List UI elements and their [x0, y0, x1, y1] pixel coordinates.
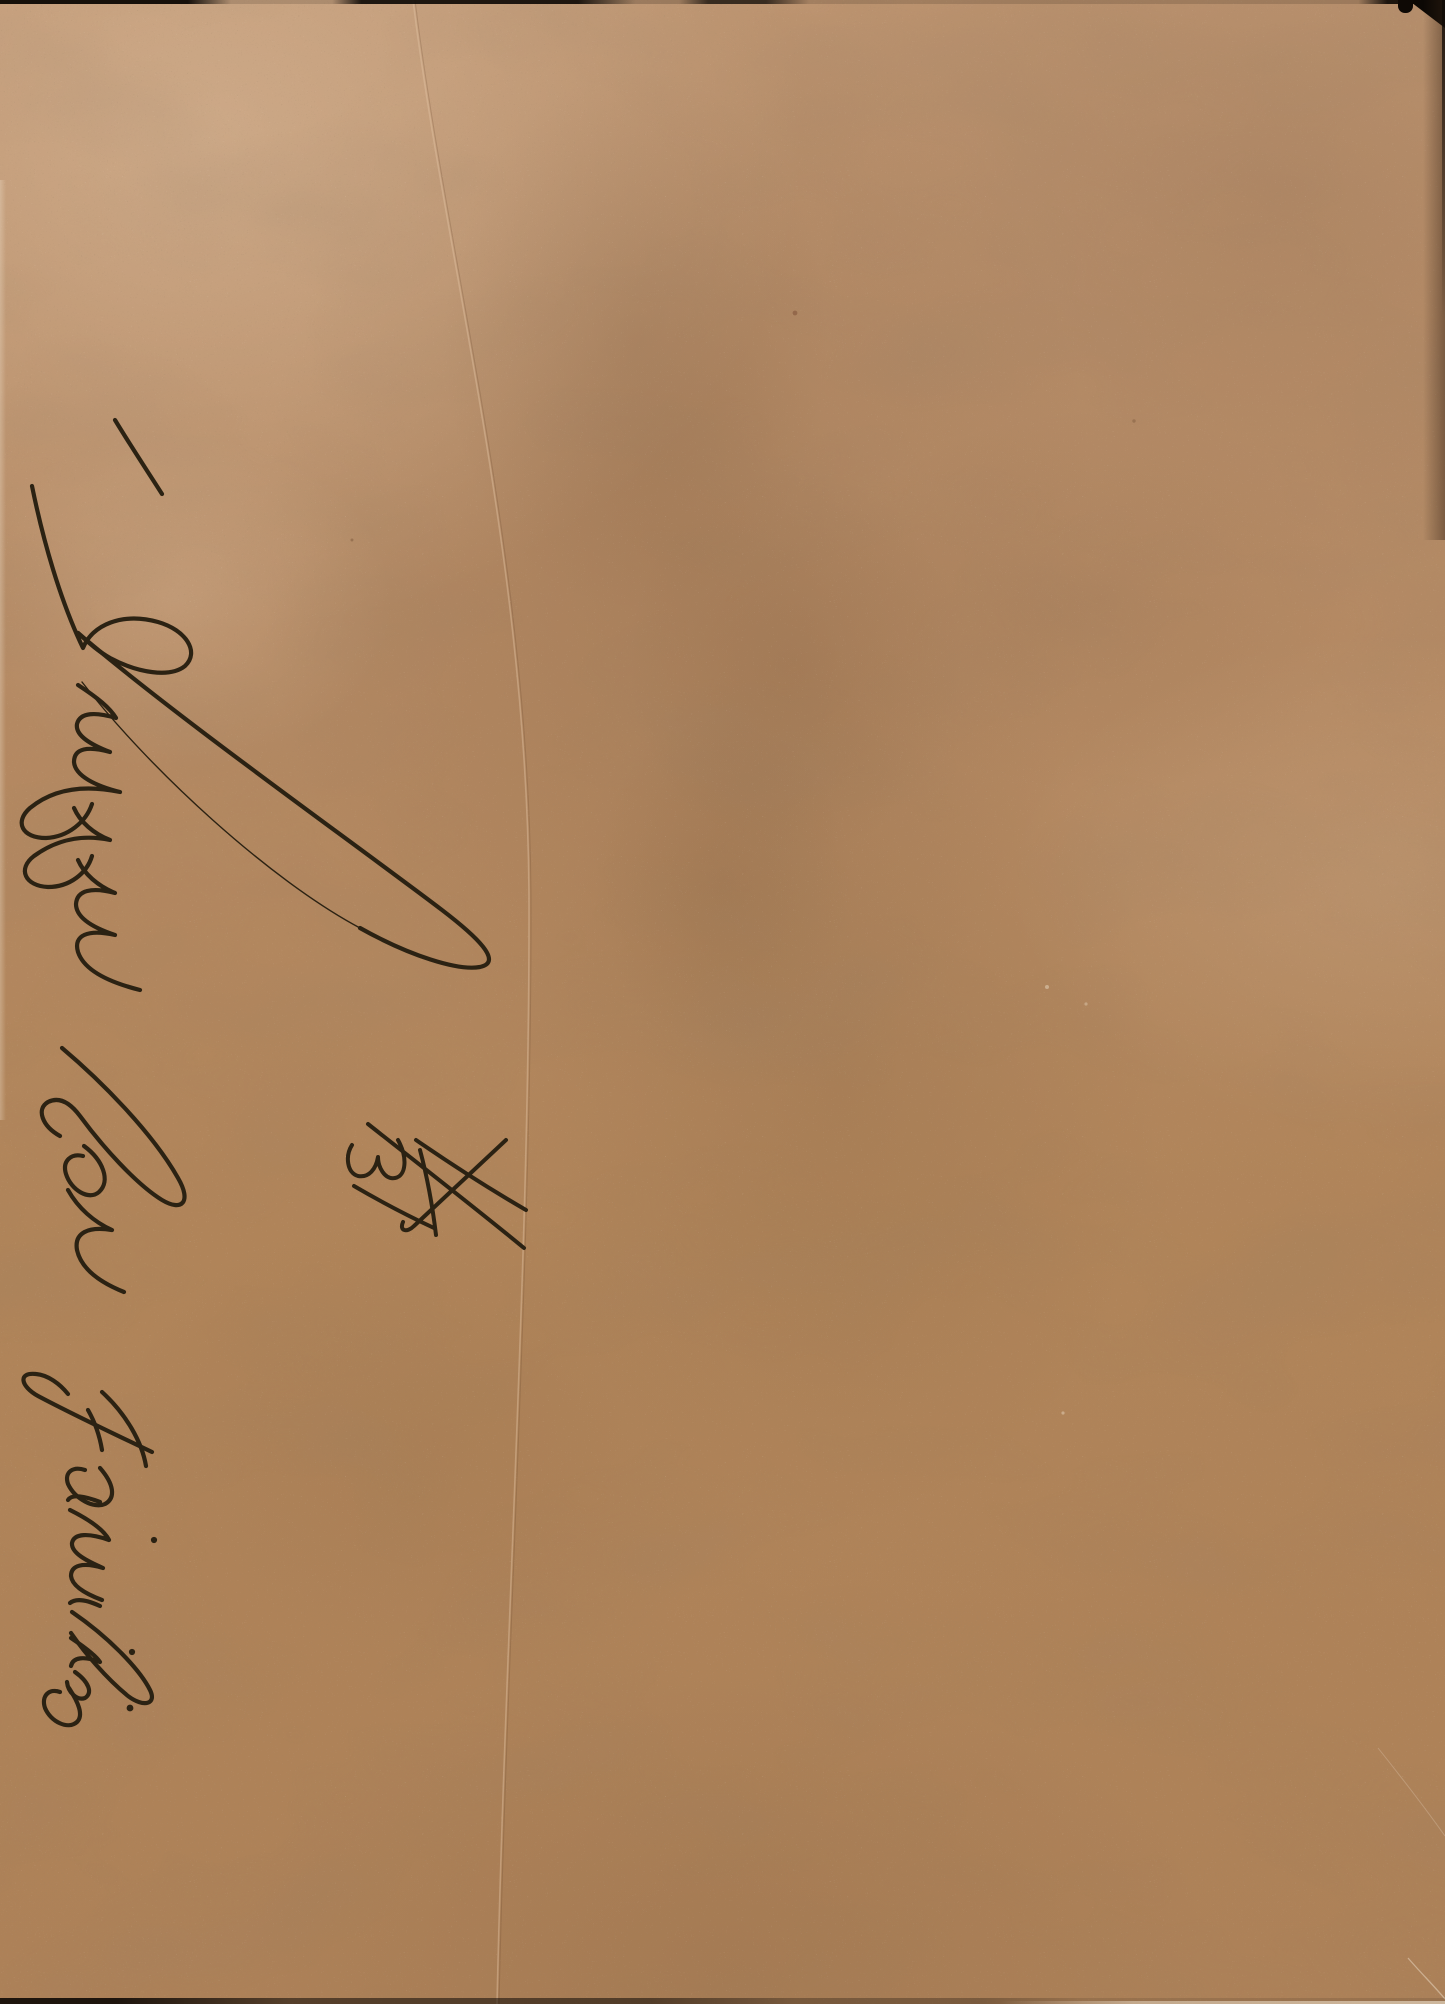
- left-edge-highlight: [0, 180, 6, 1120]
- paper-grain-light: [0, 0, 1445, 2004]
- paper-edge-notch: [1398, 0, 1413, 13]
- photograph-of-paper-verso: Dinner for Families X/73: [0, 0, 1445, 2004]
- paper-detail-layer: [0, 0, 1445, 2004]
- backdrop-top-edge: [0, 0, 1445, 4]
